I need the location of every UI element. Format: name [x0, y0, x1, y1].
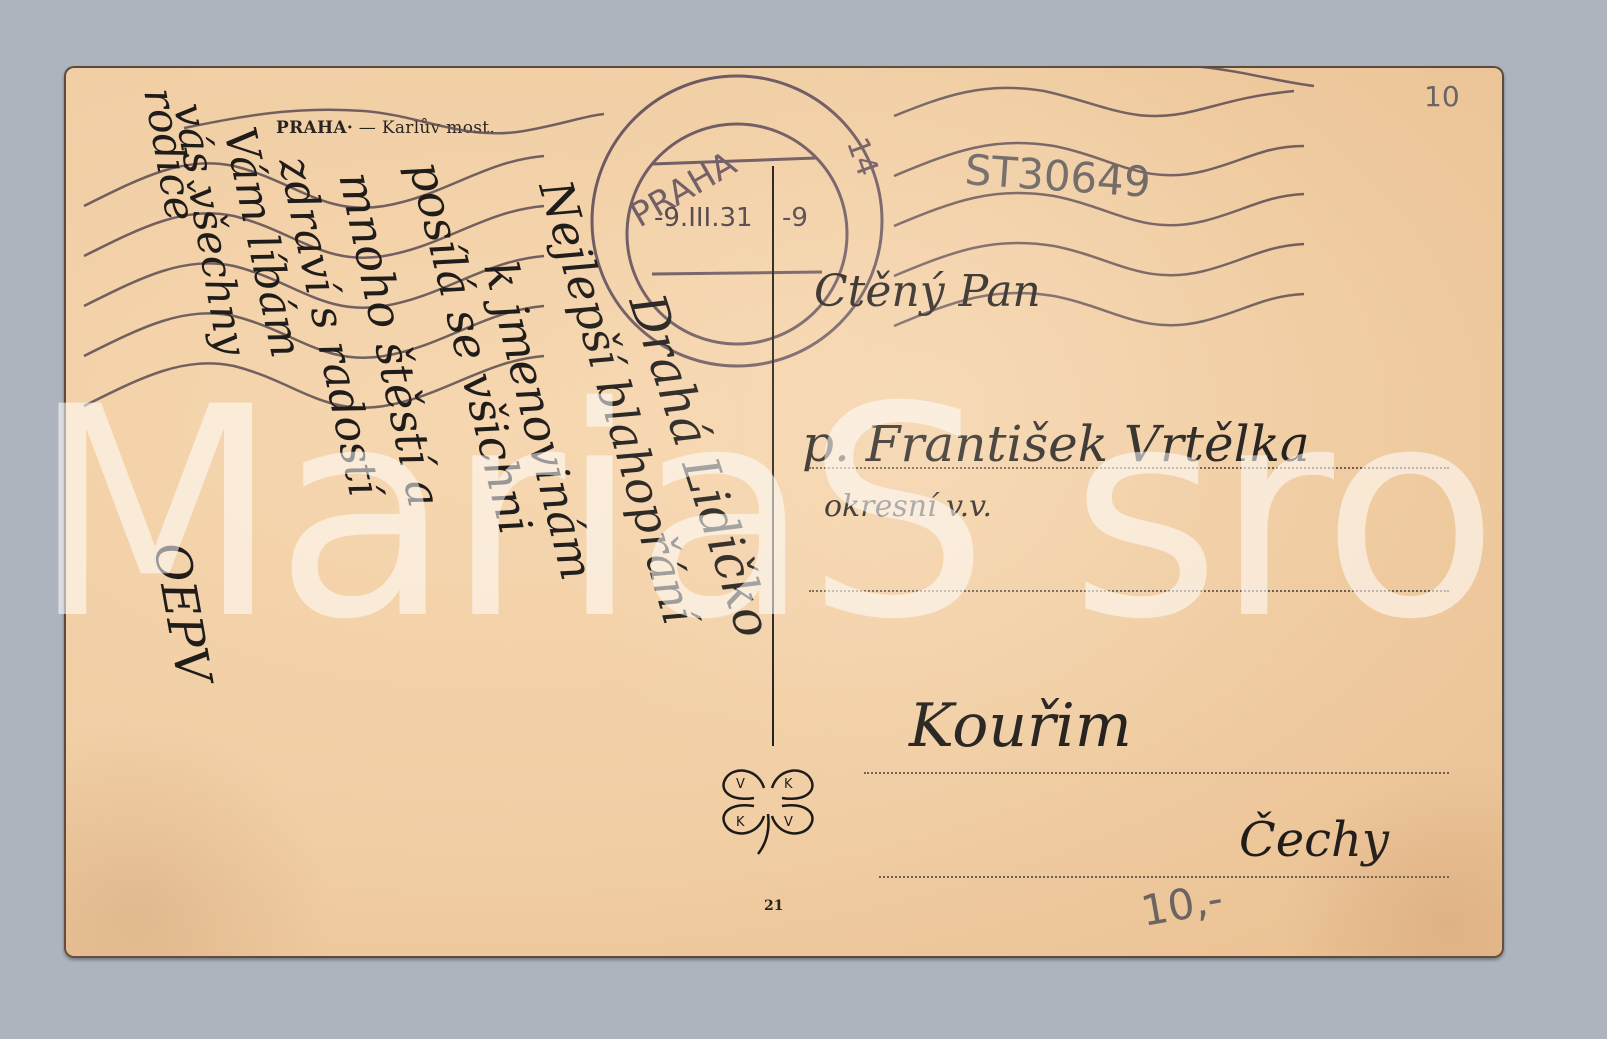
message-signature: OEPV	[142, 538, 222, 691]
logo-letter: V	[736, 777, 745, 792]
logo-letter: K	[784, 777, 793, 792]
address-salutation: Ctěný Pan	[814, 266, 1041, 317]
address-country: Čechy	[1239, 810, 1390, 868]
pencil-corner-mark: 10	[1424, 80, 1460, 113]
address-line	[809, 467, 1449, 469]
postmark-office: 14	[839, 133, 885, 181]
logo-letter: V	[784, 815, 793, 830]
pencil-price: 10,-	[1137, 873, 1226, 935]
pencil-stock-code: ST30649	[963, 145, 1152, 207]
address-title: okresní v.v.	[824, 489, 992, 524]
address-line	[879, 876, 1449, 878]
postmark-date: -9.III.31	[654, 203, 753, 233]
address-name: p. František Vrtělka	[802, 415, 1310, 473]
address-town: Kouřim	[908, 691, 1132, 761]
logo-letter: K	[736, 815, 745, 830]
address-line	[809, 590, 1449, 592]
postmark-hour: -9	[782, 203, 808, 233]
page-number: 21	[764, 898, 783, 914]
postal-markings: PRAHA 14 -9.III.31 -9 V K K V ST30649 10…	[64, 66, 1504, 958]
message-address-divider	[772, 166, 774, 746]
address-line	[864, 772, 1449, 774]
four-leaf-clover-icon: V K K V	[724, 771, 813, 854]
postcard: PRAHA· — Karlův most. PRAHA 14	[64, 66, 1504, 958]
